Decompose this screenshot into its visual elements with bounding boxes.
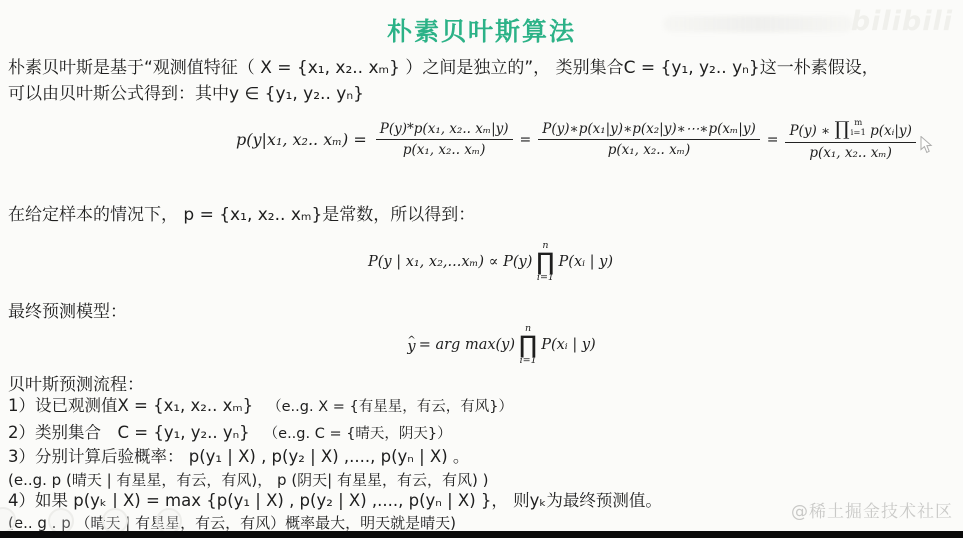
step-text: 1）设已观测值X = {x₁, x₂.. xₘ} [8,396,253,415]
process-step-2: 2）类别集合 C = {y₁, y₂.. yₙ}（e..g. C = {晴天，阴… [8,422,452,445]
bayes-formula: p(y|x₁, x₂.. xₘ) = P(y)*p(x₁, x₂.. xₘ|y)… [236,118,921,161]
intro-line-2: 可以由贝叶斯公式得到：其中y ∈ {y₁, y₂.. yₙ} [8,83,364,106]
product-lower-limit: i=1 [537,273,554,283]
page-title: 朴素贝叶斯算法 [0,12,963,48]
bayes-fraction-1-numerator: P(y)*p(x₁, x₂.. xₘ|y) [376,121,513,140]
equals-sign: = [520,132,532,148]
step-text: 4）如果 p(yₖ | X) = max {p(y₁ | X) , p(y₂ |… [8,491,662,510]
bayes-fraction-3-denominator: p(x₁, x₂.. xₘ) [809,143,892,161]
process-step-1: 1）设已观测值X = {x₁, x₂.. xₘ}（e..g. X = {有星星，… [8,395,513,418]
bayes-fraction-2-numerator: P(y)∗p(x₁|y)∗p(x₂|y)∗⋯∗p(xₘ|y) [538,121,759,140]
product-operator: n ∏ i=1 [536,241,554,283]
bayes-fraction-2: P(y)∗p(x₁|y)∗p(x₂|y)∗⋯∗p(xₘ|y) p(x₁, x₂.… [538,121,759,158]
product-operator: n ∏ i=1 [519,324,537,366]
letterbox-bar [0,531,963,538]
bayes-fraction-3: P(y) ∗ ∏mi=1 p(xᵢ|y) p(x₁, x₂.. xₘ) [785,118,915,161]
numerator-prefix: P(y) ∗ [789,123,834,139]
step-text: (e.. g . p （晴天 | 有星星，有云，有风）概率最大，明天就是晴天) [8,514,456,532]
mouse-cursor-icon [920,136,934,158]
step-text: 3）分别计算后验概率： p(y₁ | X) , p(y₂ | X) ,....,… [8,447,469,466]
process-step-3-example: (e..g. p (晴天 | 有星星，有云，有风)， p (阴天| 有星星，有云… [8,470,488,490]
bayes-fraction-3-numerator: P(y) ∗ ∏mi=1 p(xᵢ|y) [785,118,915,143]
community-watermark: @稀土掘金技术社区 [791,497,953,522]
product-operator: ∏mi=1 [834,118,865,140]
process-heading: 贝叶斯预测流程： [8,374,144,397]
y-hat: ^ y [407,338,415,351]
process-step-3: 3）分别计算后验概率： p(y₁ | X) , p(y₂ | X) ,....,… [8,446,469,468]
argmax-rhs: P(xᵢ | y) [541,337,595,353]
y-variable: y [407,344,415,352]
intro-line-1: 朴素贝叶斯是基于“观测值特征（ X = {x₁, x₂.. xₘ} ）之间是独立… [8,57,879,80]
bayes-fraction-1-denominator: p(x₁, x₂.. xₘ) [403,140,486,158]
argmax-formula: ^ y = arg max(y) n ∏ i=1 P(xᵢ | y) [0,324,963,366]
propto-rhs: P(xᵢ | y) [559,254,613,270]
product-lower-limit: i=1 [851,129,866,139]
step-text: 2）类别集合 C = {y₁, y₂.. yₙ} [8,423,250,442]
equals-sign: = [767,132,779,148]
step-example-note: （e..g. C = {晴天，阴天}） [264,426,452,442]
step-text: (e..g. p (晴天 | 有星星，有云，有风)， p (阴天| 有星星，有云… [8,471,488,489]
bayes-fraction-1: P(y)*p(x₁, x₂.. xₘ|y) p(x₁, x₂.. xₘ) [376,121,513,158]
bayes-fraction-2-denominator: p(x₁, x₂.. xₘ) [608,140,691,158]
product-symbol: ∏ [834,118,849,140]
process-step-4: 4）如果 p(yₖ | X) = max {p(y₁ | X) , p(y₂ |… [8,490,662,512]
product-symbol: ∏ [536,251,554,274]
argmax-mid: = arg max(y) [419,337,515,353]
constant-line: 在给定样本的情况下， p = {x₁, x₂.. xₘ}是常数，所以得到： [8,204,475,227]
propto-formula: P(y | x₁, x₂,...xₘ) ∝ P(y) n ∏ i=1 P(xᵢ … [0,241,963,283]
numerator-suffix: p(xᵢ|y) [866,123,912,139]
propto-lhs: P(y | x₁, x₂,...xₘ) ∝ P(y) [368,254,532,270]
step-example-note: （e..g. X = {有星星，有云，有风}） [267,399,513,415]
bayes-formula-lhs: p(y|x₁, x₂.. xₘ) = [236,130,367,149]
slide: bilibili 朴素贝叶斯算法 朴素贝叶斯是基于“观测值特征（ X = {x₁… [0,0,963,538]
model-label: 最终预测模型： [8,301,127,324]
product-symbol: ∏ [519,334,537,357]
product-lower-limit: i=1 [520,356,537,366]
